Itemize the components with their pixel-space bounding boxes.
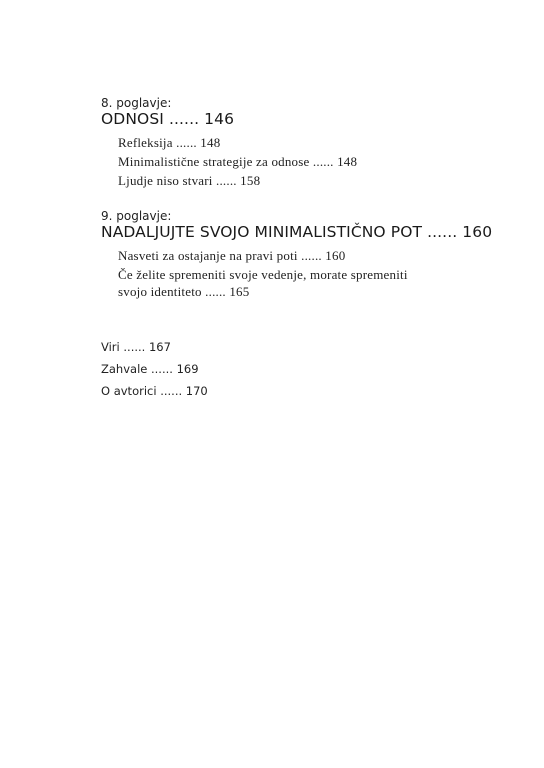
section-list: Refleksija ...... 148 Minimalistične str…	[118, 133, 357, 190]
chapter-label: 8. poglavje:	[101, 96, 357, 110]
section-entry: Če želite spremeniti svoje vedenje, mora…	[118, 266, 438, 300]
back-matter-entry: Viri ...... 167	[101, 336, 208, 358]
chapter-8: 8. poglavje: ODNOSI ...... 146 Refleksij…	[101, 96, 357, 190]
chapter-title: ODNOSI ...... 146	[101, 110, 357, 129]
chapter-title: NADALJUJTE SVOJO MINIMALISTIČNO POT ....…	[101, 223, 492, 242]
section-entry: Nasveti za ostajanje na pravi poti .....…	[118, 246, 492, 265]
chapter-9: 9. poglavje: NADALJUJTE SVOJO MINIMALIST…	[101, 209, 492, 300]
document-page: 8. poglavje: ODNOSI ...... 146 Refleksij…	[0, 0, 544, 768]
section-list: Nasveti za ostajanje na pravi poti .....…	[118, 246, 492, 300]
back-matter-list: Viri ...... 167 Zahvale ...... 169 O avt…	[101, 336, 208, 402]
chapter-label: 9. poglavje:	[101, 209, 492, 223]
section-entry: Minimalistične strategije za odnose ....…	[118, 152, 357, 171]
section-entry: Ljudje niso stvari ...... 158	[118, 171, 357, 190]
back-matter-entry: Zahvale ...... 169	[101, 358, 208, 380]
back-matter-entry: O avtorici ...... 170	[101, 380, 208, 402]
section-entry: Refleksija ...... 148	[118, 133, 357, 152]
